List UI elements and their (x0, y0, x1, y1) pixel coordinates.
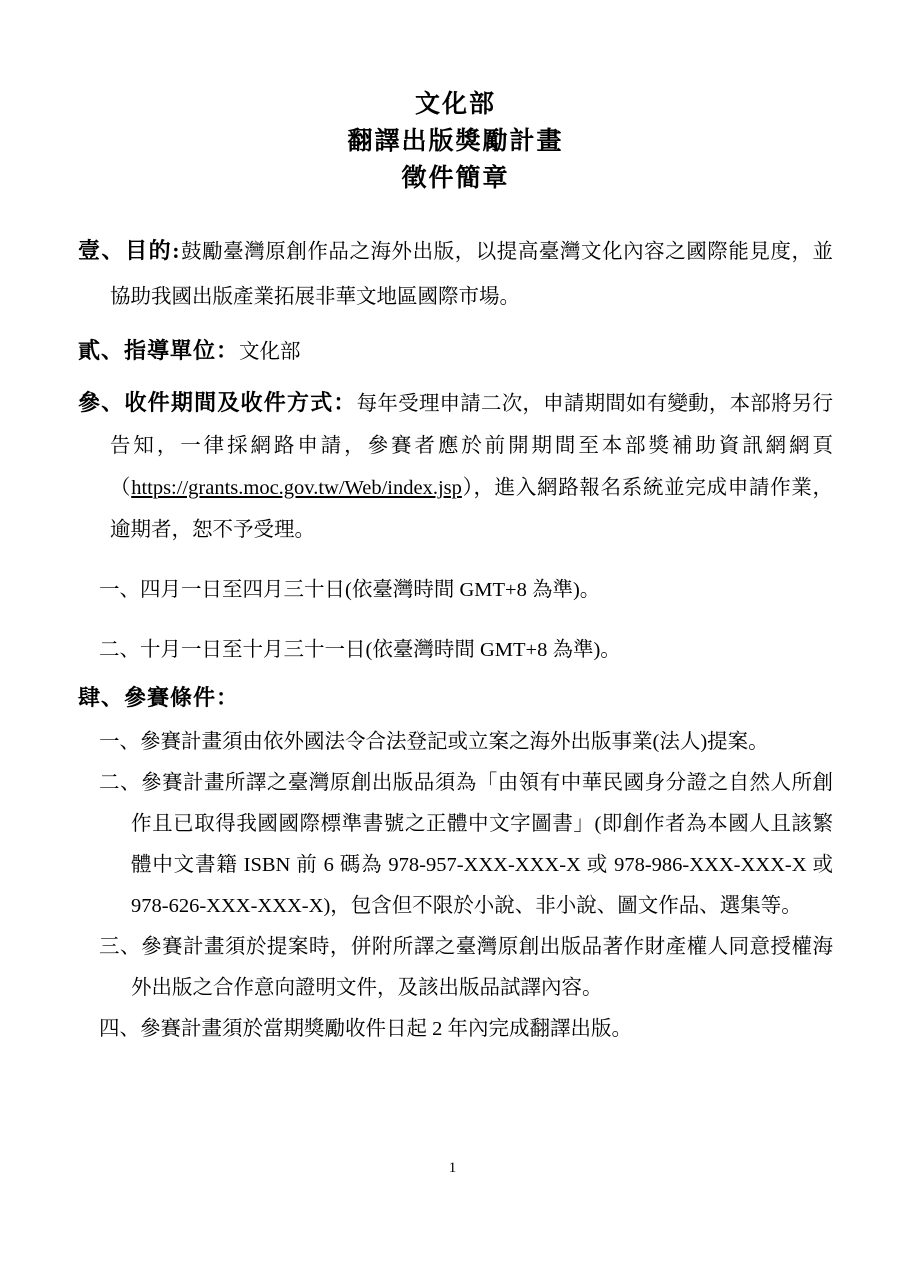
list-item-number: 二、 (99, 772, 141, 794)
list-item-text: 十月一日至十月三十一日(依臺灣時間 GMT+8 為準)。 (140, 639, 621, 661)
section-supervising-unit-body: 文化部 (239, 341, 301, 363)
section-purpose: 壹、目的:鼓勵臺灣原創作品之海外出版，以提高臺灣文化內容之國際能見度，並協助我國… (78, 228, 833, 320)
list-item-eligibility-2: 二、參賽計畫所譯之臺灣原創出版品須為「由領有中華民國身分證之自然人所創作且已取得… (78, 763, 833, 927)
page-number: 1 (0, 1160, 905, 1177)
section-supervising-unit-heading: 貳、指導單位： (78, 338, 239, 363)
grants-url-link[interactable]: https://grants.moc.gov.tw/Web/index.jsp (131, 477, 462, 499)
section-purpose-body: 鼓勵臺灣原創作品之海外出版，以提高臺灣文化內容之國際能見度，並協助我國出版產業拓… (110, 241, 833, 308)
list-item-number: 一、 (99, 731, 140, 753)
document-page: 文化部 翻譯出版獎勵計畫 徵件簡章 壹、目的:鼓勵臺灣原創作品之海外出版，以提高… (0, 0, 905, 1280)
list-item-eligibility-3: 三、參賽計畫須於提案時，併附所譯之臺灣原創出版品著作財產權人同意授權海外出版之合… (78, 927, 833, 1009)
doc-title-program: 翻譯出版獎勵計畫 (78, 123, 833, 160)
list-item-eligibility-1: 一、參賽計畫須由依外國法令合法登記或立案之海外出版事業(法人)提案。 (78, 722, 833, 763)
list-item-eligibility-4: 四、參賽計畫須於當期獎勵收件日起 2 年內完成翻譯出版。 (78, 1009, 833, 1050)
list-item-number: 一、 (99, 579, 140, 601)
list-item-number: 四、 (99, 1018, 140, 1040)
doc-title-ministry: 文化部 (78, 86, 833, 123)
list-item-text: 參賽計畫須於提案時，併附所譯之臺灣原創出版品著作財產權人同意授權海外出版之合作意… (131, 936, 833, 999)
section-supervising-unit: 貳、指導單位：文化部 (78, 328, 833, 375)
section-eligibility-heading: 肆、參賽條件： (78, 685, 239, 710)
list-item-period-april: 一、四月一日至四月三十日(依臺灣時間 GMT+8 為準)。 (78, 569, 833, 611)
section-submission-period: 參、收件期間及收件方式：每年受理申請二次，申請期間如有變動，本部將另行告知，一律… (78, 382, 833, 551)
list-item-text: 參賽計畫所譯之臺灣原創出版品須為「由領有中華民國身分證之自然人所創作且已取得我國… (131, 772, 833, 917)
list-item-text: 參賽計畫須由依外國法令合法登記或立案之海外出版事業(法人)提案。 (140, 731, 769, 753)
list-item-text: 四月一日至四月三十日(依臺灣時間 GMT+8 為準)。 (140, 579, 600, 601)
list-item-number: 二、 (99, 639, 140, 661)
section-submission-period-heading: 參、收件期間及收件方式： (78, 390, 357, 415)
list-item-period-october: 二、十月一日至十月三十一日(依臺灣時間 GMT+8 為準)。 (78, 629, 833, 671)
document-content: 文化部 翻譯出版獎勵計畫 徵件簡章 壹、目的:鼓勵臺灣原創作品之海外出版，以提高… (0, 0, 905, 1050)
section-eligibility: 肆、參賽條件： (78, 675, 833, 722)
list-item-number: 三、 (99, 936, 141, 958)
section-purpose-heading: 壹、目的: (78, 238, 181, 263)
doc-title: 文化部 翻譯出版獎勵計畫 徵件簡章 (78, 86, 833, 197)
list-item-text: 參賽計畫須於當期獎勵收件日起 2 年內完成翻譯出版。 (140, 1018, 632, 1040)
doc-title-subtitle: 徵件簡章 (78, 160, 833, 197)
